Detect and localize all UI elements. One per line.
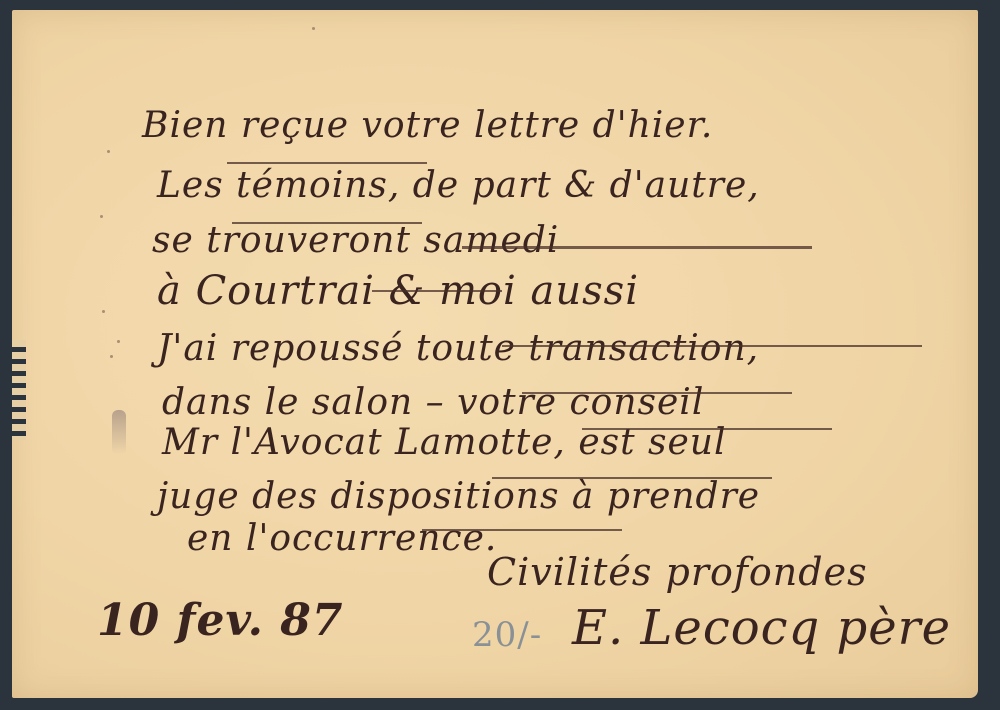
letter-line-1: Bien reçue votre lettre d'hier. (142, 105, 713, 146)
letter-line-6: dans le salon – votre conseil (162, 382, 704, 423)
letter-line-8: juge des dispositions à prendre (157, 476, 760, 517)
closing-text: Civilités profondes (487, 550, 868, 594)
letter-line-5: J'ai repoussé toute transaction, (157, 328, 759, 369)
letter-date: 10 fev. 87 (97, 595, 343, 646)
letter-line-2: Les témoins, de part & d'autre, (157, 165, 760, 206)
pencil-note: 20/- (472, 615, 542, 655)
postcard: Bien reçue votre lettre d'hier. Les témo… (12, 10, 978, 698)
letter-line-9: en l'occurrence. (187, 518, 497, 559)
perforated-edge (12, 340, 26, 440)
ink-stain (112, 410, 126, 455)
letter-line-3: se trouveront samedi (152, 220, 559, 261)
signature: E. Lecocq père (572, 600, 951, 656)
